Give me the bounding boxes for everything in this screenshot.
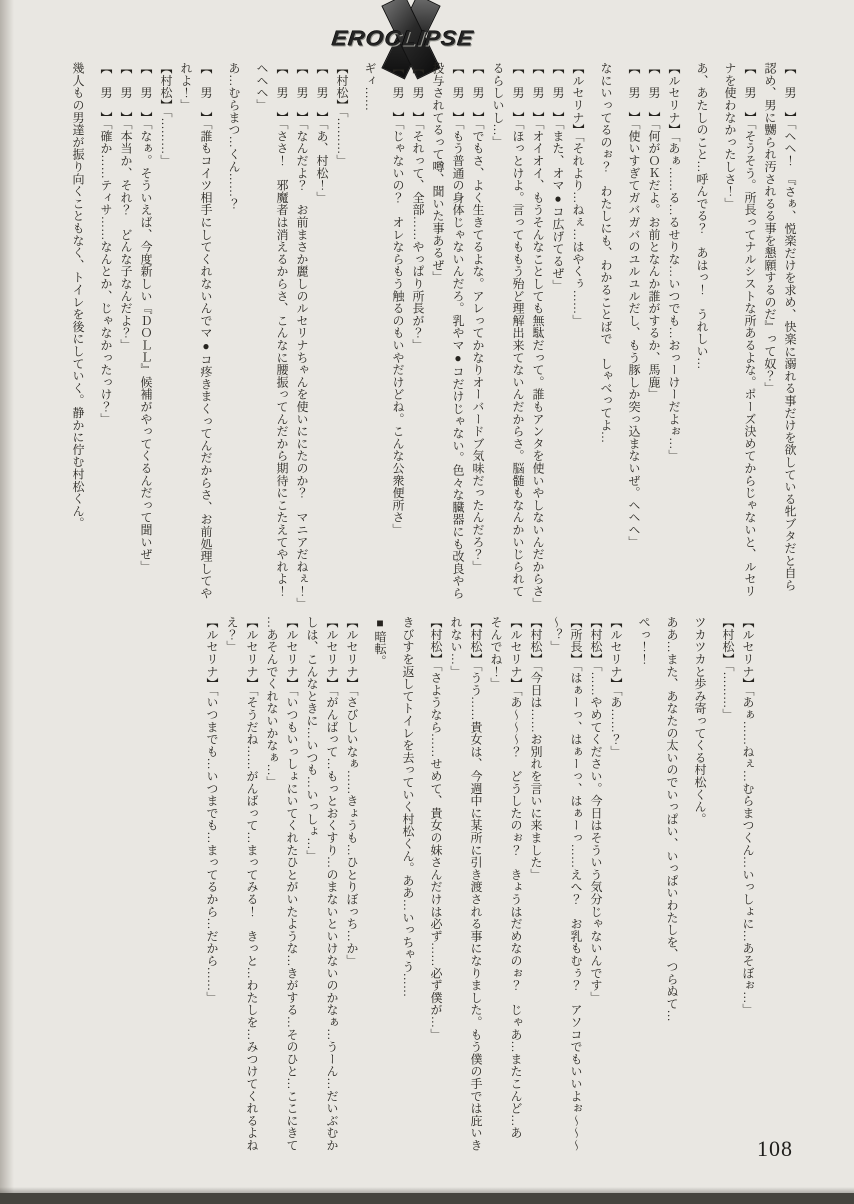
script-line: 【ルセリナ】「あぁ……る…るせりな…いつでも…おっーけーだよぉ…」 xyxy=(664,62,684,614)
script-line: 【ルセリナ】「がんばって…もっとおくすり…のまないといけないのかなぁ…うーん…だ… xyxy=(322,616,342,1174)
script-line-narration: ツカツカと歩み寄ってくる村松くん。 xyxy=(690,616,710,1174)
script-line: 【村松】「うう……貴女は、今週中に某所に引き渡される事になりました。もう僕の手で… xyxy=(466,616,486,1174)
script-line: 【 男 】「何がＯＫだよ。お前となんか誰がするか、馬鹿」 xyxy=(644,62,664,614)
script-line: 【ルセリナ】「いつもいっしょにいてくれたひとがいたような…きがする…そのひと…こ… xyxy=(282,616,302,1174)
script-line: ナを使わなかったしさ！」 xyxy=(720,62,740,614)
script-line: 投与されてるって噂、聞いた事あるぜ」 xyxy=(428,62,448,614)
script-line: 【ルセリナ】「それより…ねぇ…はやくぅ……」 xyxy=(568,62,588,614)
script-line-narration: あ…むらまつ…くん……？ xyxy=(224,62,244,614)
script-line: 【 男 】「使いすぎてガバガバのユルユルだし、もう豚しか突っ込まないぜ。ヘヘヘ」 xyxy=(624,62,644,614)
script-line: そんでね！」 xyxy=(486,616,506,1174)
script-line-narration: 幾人もの男達が振り向くこともなく、トイレを後にしていく。静かに佇む村松くん。 xyxy=(68,62,88,614)
script-line: 【 男 】「オイオイ、もうそんなことしても無駄だって。誰もアンタを使いやしないん… xyxy=(528,62,548,614)
script-line-narration: きびすを返してトイレを去っていく村松くん。ああ…いっちゃう…… xyxy=(398,616,418,1174)
logo-text: EROCLIPSE xyxy=(331,26,476,51)
eroclipse-logo: EROCLIPSE xyxy=(332,4,502,70)
script-line: 【ルセリナ】「いつまでも…いつまでも…まってるから…だから……」 xyxy=(202,616,222,1174)
page-number: 108 xyxy=(757,1136,793,1162)
script-line: 【村松】「さようなら……せめて、貴女の妹さんだけは必ず……必ず僕が…」 xyxy=(426,616,446,1174)
script-line: 【村松】「今日は……お別れを言いに来ました」 xyxy=(526,616,546,1174)
script-line: 【 男 】「それって、全部……やっぱり所長が？」 xyxy=(408,62,428,614)
script-line: 【村松】「………」 xyxy=(332,62,352,614)
script-line: 【 男 】「なぁ。そういえば、今度新しい『ＤＯＬＬ』候補がやってくるんだって聞い… xyxy=(136,62,156,614)
script-line: 認め、男に嬲られ汚されるる事を懇願するのだ』って奴？」 xyxy=(760,62,780,614)
script-line: ヘヘヘ」 xyxy=(252,62,272,614)
script-line: 【所長】「はぁーっ、はぁーっ、はぁーっ……えへ？ お乳もむぅ？ アソコでもいいよ… xyxy=(566,616,586,1174)
script-line: しは、こんなときに…いつも…いっしょ…」 xyxy=(302,616,322,1174)
script-bottom-section: 【ルセリナ】「あぁ……ねぇ…むらまつくん…いっしょに…あそぼぉ…」 【村松】「…… xyxy=(202,616,758,1174)
script-line: 【 男 】「あ、村松！」 xyxy=(312,62,332,614)
script-line: 【ルセリナ】「あ……？」 xyxy=(606,616,626,1174)
script-line: 【 男 】「本当か、それ？ どんな子なんだよ？」 xyxy=(116,62,136,614)
script-line: 【ルセリナ】「あ～～～？ どうしたのぉ？ きょうはだめなのぉ？ じゃあ…またこん… xyxy=(506,616,526,1174)
script-line: 【ルセリナ】「さびしいなぁ……きょうも…ひとりぼっち…か」 xyxy=(342,616,362,1174)
script-line: 【 男 】「ヘヘ！ 『さぁ、悦楽だけを求め、快楽に溺れる事だけを欲している牝ブタ… xyxy=(780,62,800,614)
script-line: ～？」 xyxy=(546,616,566,1174)
script-line: 【 男 】「ささ！ 邪魔者は消えるからさ、こんなに腰振ってんだから期待にこたえて… xyxy=(272,62,292,614)
page-left-shadow xyxy=(0,0,14,1204)
script-line: え？」 xyxy=(222,616,242,1174)
script-line: 【村松】「……やめてください。今日はそういう気分じゃないんです」 xyxy=(586,616,606,1174)
script-line-narration: あ、あたしのこと…呼んでる？ あはっ！ うれしい… xyxy=(692,62,712,614)
scanned-page: { "page": { "logo_text": "EROCLIPSE", "p… xyxy=(0,0,854,1204)
script-line-sfx: ぺっ！！ xyxy=(634,616,654,1174)
page-bottom-edge xyxy=(0,1193,854,1204)
script-line: 【 男 】「また、オマ●コ広げてるぜ」 xyxy=(548,62,568,614)
script-top-section: 【 男 】「ヘヘ！ 『さぁ、悦楽だけを求め、快楽に溺れる事だけを欲している牝ブタ… xyxy=(60,62,800,614)
script-line: れない…」 xyxy=(446,616,466,1174)
script-line-narration: なにいってるのぉ？ わたしにも、わかることばで しゃべってよ… xyxy=(596,62,616,614)
script-line: 【 男 】「誰もコイツ相手にしてくれないんでマ●コ疼きまくってんだからさ、お前処… xyxy=(196,62,216,614)
script-line: るらしいし…」 xyxy=(488,62,508,614)
script-line: 【 男 】「ほっとけよ。言ってももう殆ど理解出来てないんだからさ。脳髄もなんかい… xyxy=(508,62,528,614)
script-line: 【ルセリナ】「そうだね……がんばって…まってみる！ きっと…わたしを…みつけてく… xyxy=(242,616,262,1174)
script-line: 【 男 】「なんだよ？ お前まさか麗しのルセリナちゃんを使いににたのか？ マニア… xyxy=(292,62,312,614)
script-line: …あそんでくれないかなぁ…」 xyxy=(262,616,282,1174)
script-line: 【 男 】「もう普通の身体じゃないんだろ。乳やマ●コだけじゃない。色々な臓器にも… xyxy=(448,62,468,614)
script-line-sfx: ギィ…… xyxy=(360,62,380,614)
script-line: 【 男 】「確か……ティサ……なんとか、じゃなかったっけ？」 xyxy=(96,62,116,614)
script-line: 【 男 】「そうそう。所長ってナルシストな所あるよな。ポーズ決めてからじゃないと… xyxy=(740,62,760,614)
scene-heading: ■暗転。 xyxy=(370,616,390,1174)
script-line: 【 男 】「じゃないの？ オレならもう触るのもいやだけどね。こんな公衆便所さ」 xyxy=(388,62,408,614)
script-line-narration: ああ…また、あなたの太いのでいっぱい、いっぱいわたしを、つらぬて… xyxy=(662,616,682,1174)
script-line: 【 男 】「でもさ、よく生きてるよな。アレってかなりオーバードブ気味だったんだろ… xyxy=(468,62,488,614)
script-line: 【村松】「………」 xyxy=(156,62,176,614)
script-line: れよ！」 xyxy=(176,62,196,614)
script-line: 【ルセリナ】「あぁ……ねぇ…むらまつくん…いっしょに…あそぼぉ…」 xyxy=(738,616,758,1174)
script-line: 【村松】「………」 xyxy=(718,616,738,1174)
